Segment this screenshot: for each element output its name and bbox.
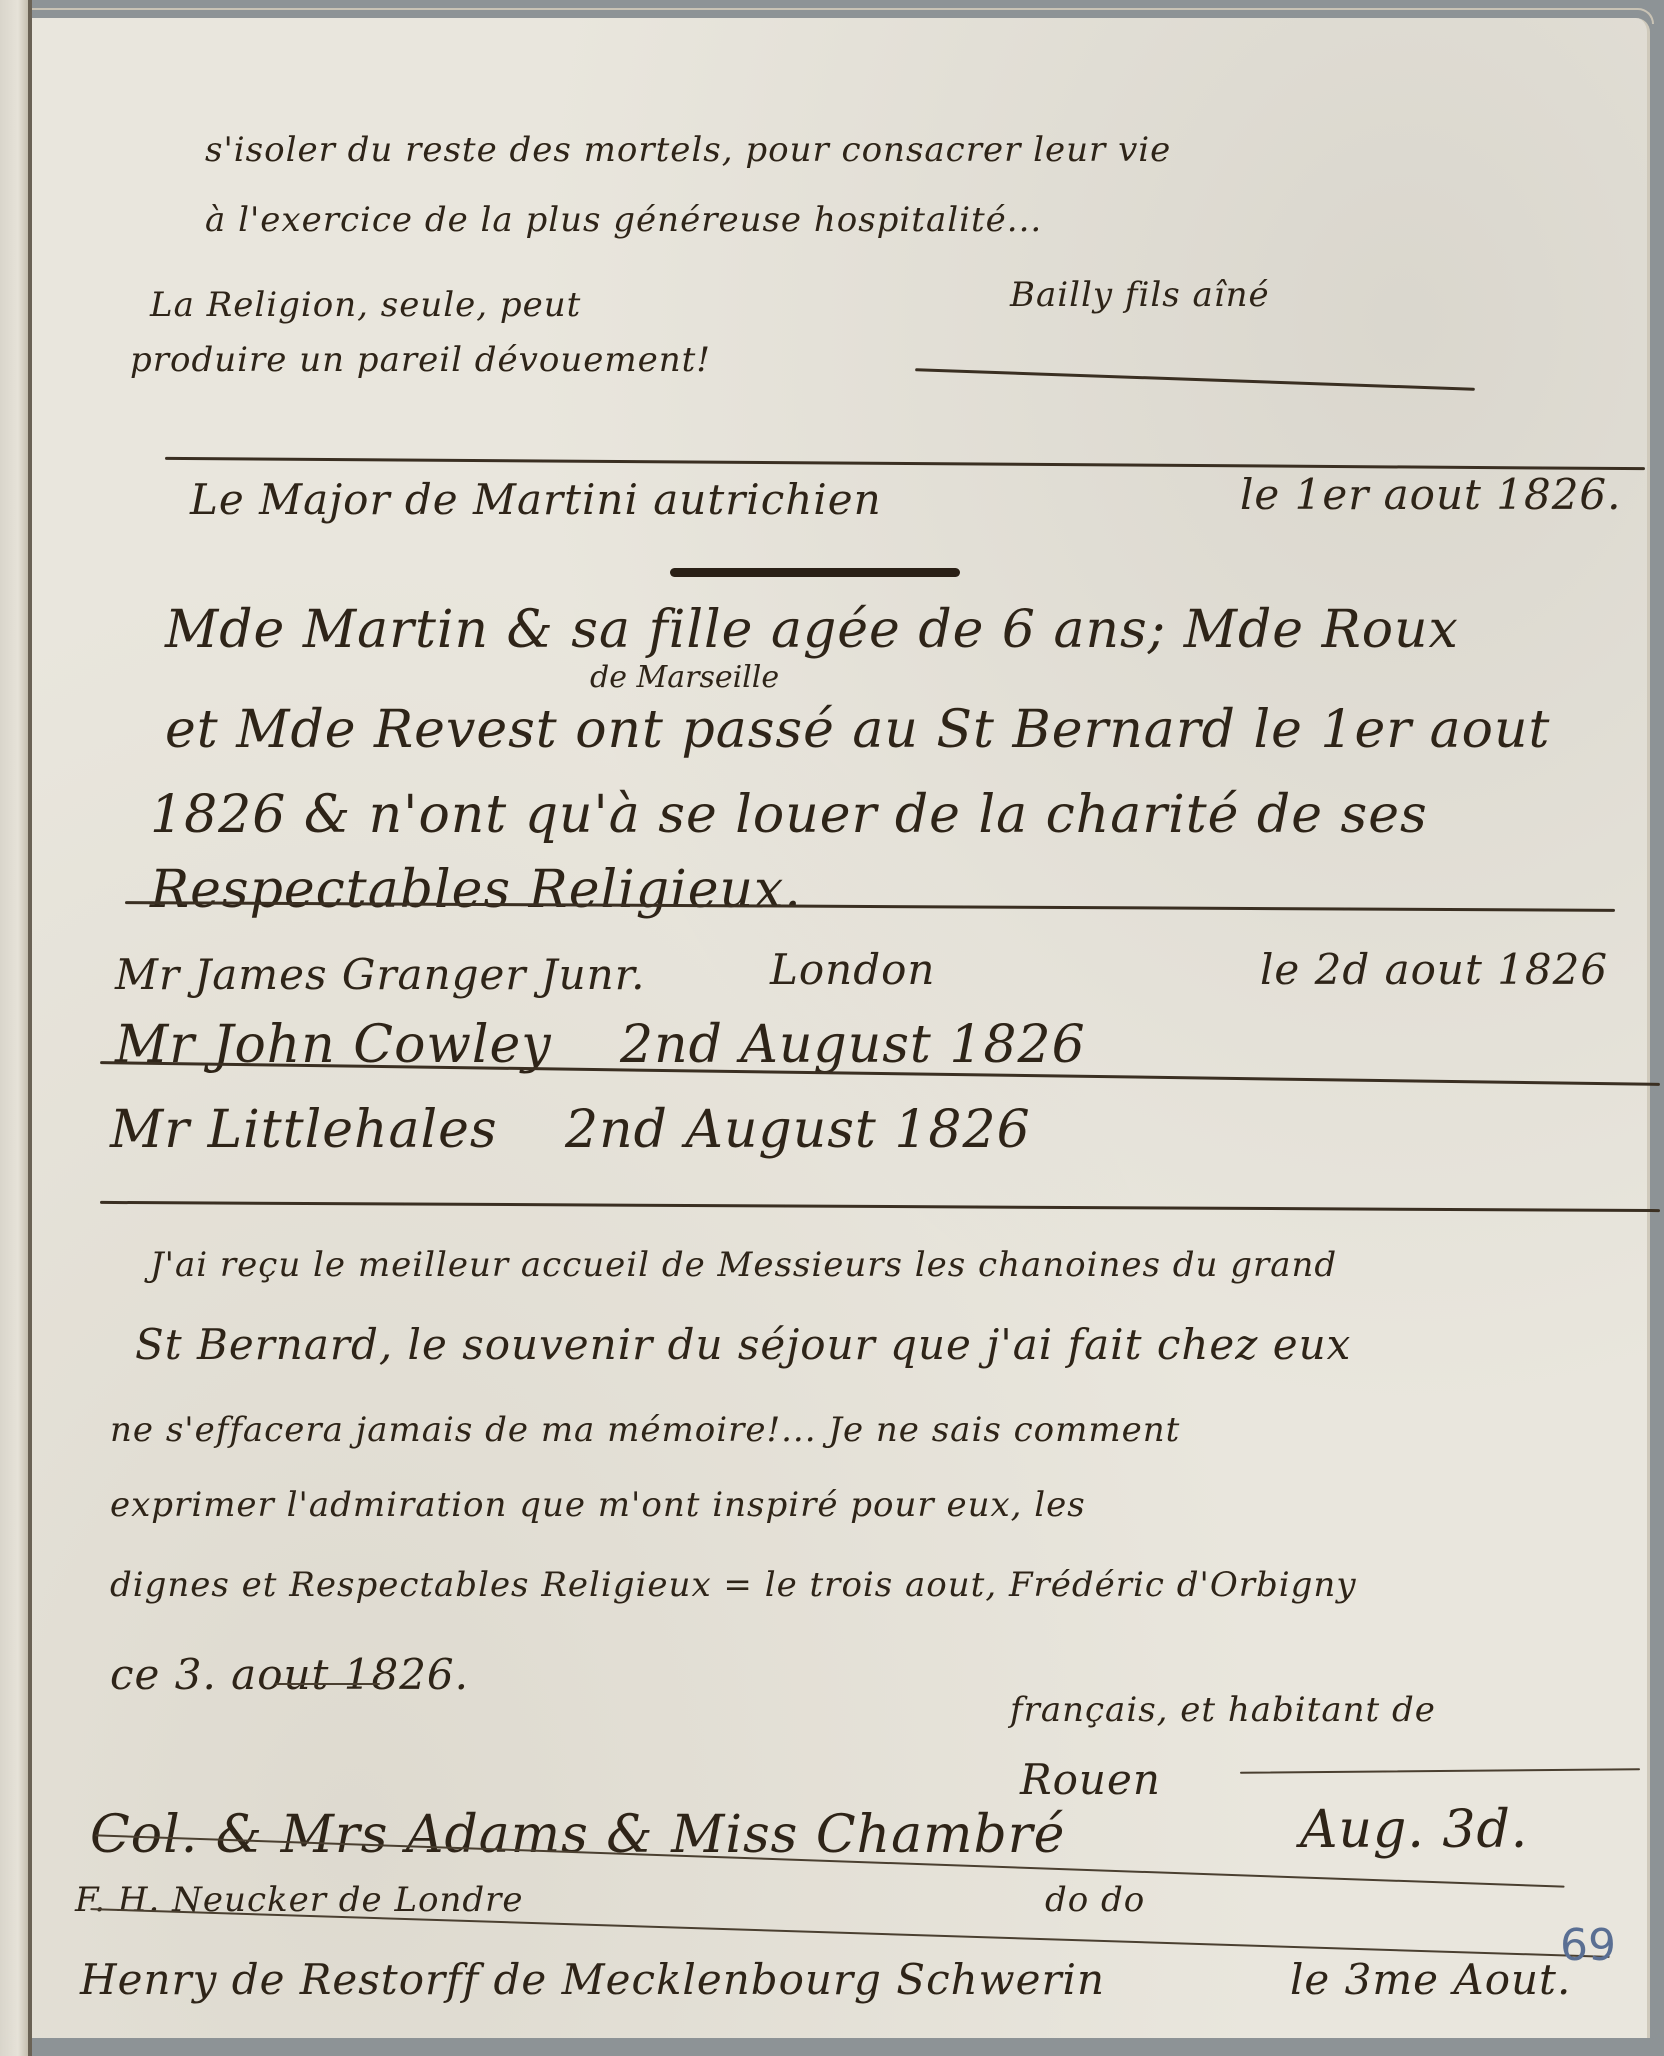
entry-line: exprimer l'admiration que m'ont inspiré …	[110, 1485, 1086, 1525]
entry-line: s'isoler du reste des mortels, pour cons…	[205, 130, 1171, 170]
entry-line: ce 3. aout 1826.	[110, 1650, 469, 1699]
entry-line: à l'exercice de la plus généreuse hospit…	[205, 200, 1042, 240]
folio-number: 69	[1560, 1920, 1616, 1971]
entry-date: le 1er aout 1826.	[1240, 470, 1622, 519]
entry-line: ne s'effacera jamais de ma mémoire!... J…	[110, 1410, 1180, 1450]
entry-date: le 3me Aout.	[1290, 1955, 1571, 2004]
entry-place: London	[770, 945, 935, 994]
entry-name: Mr James Granger Junr.	[115, 950, 646, 999]
entry-line: dignes et Respectables Religieux = le tr…	[110, 1565, 1357, 1605]
short-divider	[670, 568, 960, 577]
entry-text: Col. & Mrs Adams & Miss Chambré	[90, 1805, 1065, 1865]
entry-date: 2nd August 1826	[565, 1100, 1031, 1160]
entry-name: Mr Littlehales	[110, 1100, 498, 1160]
entry-date: le 2d aout 1826	[1260, 945, 1608, 994]
entry-line: et Mde Revest ont passé au St Bernard le…	[165, 700, 1550, 760]
entry-date: 2nd August 1826	[620, 1015, 1086, 1075]
entry-line: 1826 & n'ont qu'à se louer de la charité…	[150, 785, 1428, 845]
entry-line: St Bernard, le souvenir du séjour que j'…	[135, 1320, 1351, 1369]
line-filler	[275, 1683, 380, 1685]
interlinear-insertion: de Marseille	[590, 660, 779, 695]
facing-page-edge	[0, 0, 30, 2056]
entry-date: Aug. 3d.	[1300, 1800, 1528, 1860]
entry-line: Respectables Religieux.	[150, 860, 802, 920]
entry-line: Mde Martin & sa fille agée de 6 ans; Mde…	[165, 600, 1459, 660]
entry-text: Le Major de Martini autrichien	[190, 475, 882, 524]
signature-line: Rouen	[1020, 1755, 1161, 1804]
signature-line: français, et habitant de	[1010, 1690, 1436, 1730]
entry-line: J'ai reçu le meilleur accueil de Messieu…	[150, 1245, 1337, 1285]
entry-date: do do	[1045, 1880, 1145, 1920]
entry-line: produire un pareil dévouement!	[130, 340, 711, 380]
entry-line: La Religion, seule, peut	[150, 285, 581, 325]
entry-text: Henry de Restorff de Mecklenbourg Schwer…	[80, 1955, 1105, 2004]
signature: Bailly fils aîné	[1010, 275, 1270, 315]
